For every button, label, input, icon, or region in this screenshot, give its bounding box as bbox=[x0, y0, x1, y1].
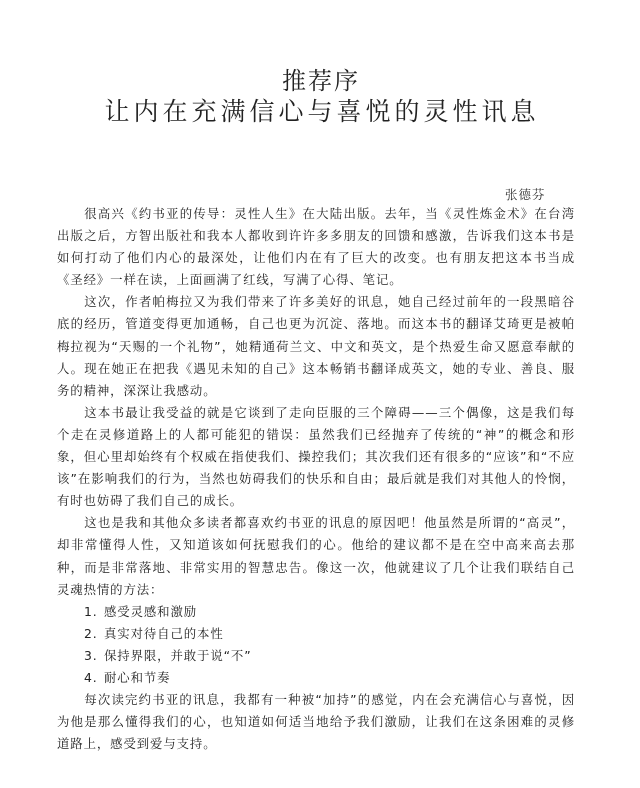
list-item-text: 耐心和节奏 bbox=[104, 670, 170, 685]
paragraph-4: 这也是我和其他众多读者都喜欢约书亚的讯息的原因吧！他虽然是所谓的“高灵”，却非常… bbox=[57, 512, 575, 600]
list-item-number: 1. bbox=[84, 601, 104, 623]
list-item-text: 感受灵感和激励 bbox=[104, 604, 197, 619]
list-item: 1.感受灵感和激励 bbox=[57, 601, 575, 623]
list-item-number: 3. bbox=[84, 645, 104, 667]
numbered-list: 1.感受灵感和激励 2.真实对待自己的本性 3.保持界限，并敢于说“不” 4.耐… bbox=[57, 601, 575, 689]
paragraph-3: 这本书最让我受益的就是它谈到了走向臣服的三个障碍——三个偶像，这是我们每个走在灵… bbox=[57, 402, 575, 512]
paragraph-1: 很高兴《约书亚的传导：灵性人生》在大陆出版。去年，当《灵性炼金术》在台湾出版之后… bbox=[57, 203, 575, 291]
list-item-number: 2. bbox=[84, 623, 104, 645]
document-subtitle: 让内在充满信心与喜悦的灵性讯息 bbox=[0, 96, 640, 128]
list-item: 4.耐心和节奏 bbox=[57, 667, 575, 689]
section-title: 推荐序 bbox=[0, 66, 640, 96]
author-name: 张德芬 bbox=[505, 186, 546, 204]
list-item: 3.保持界限，并敢于说“不” bbox=[57, 645, 575, 667]
document-page: 推荐序 让内在充满信心与喜悦的灵性讯息 张德芬 很高兴《约书亚的传导：灵性人生》… bbox=[0, 0, 640, 788]
paragraph-2: 这次，作者帕梅拉又为我们带来了许多美好的讯息，她自己经过前年的一段黑暗谷底的经历… bbox=[57, 291, 575, 401]
paragraph-5: 每次读完约书亚的讯息，我都有一种被“加持”的感觉，内在会充满信心与喜悦，因为他是… bbox=[57, 689, 575, 755]
list-item-text: 真实对待自己的本性 bbox=[104, 626, 224, 641]
title-block: 推荐序 让内在充满信心与喜悦的灵性讯息 bbox=[0, 66, 640, 128]
list-item-number: 4. bbox=[84, 667, 104, 689]
body-text: 很高兴《约书亚的传导：灵性人生》在大陆出版。去年，当《灵性炼金术》在台湾出版之后… bbox=[57, 203, 575, 755]
list-item: 2.真实对待自己的本性 bbox=[57, 623, 575, 645]
list-item-text: 保持界限，并敢于说“不” bbox=[104, 648, 252, 663]
